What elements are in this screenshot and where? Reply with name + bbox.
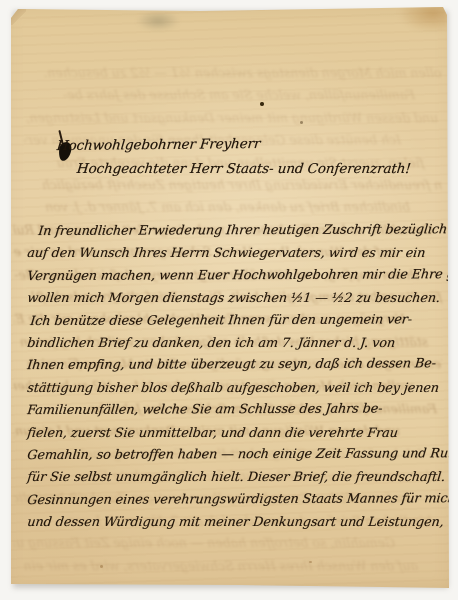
paper-edge-shading xyxy=(0,0,458,600)
scanned-letter-page: wollen mich Morgen dienstags zwischen ½1… xyxy=(0,0,458,600)
